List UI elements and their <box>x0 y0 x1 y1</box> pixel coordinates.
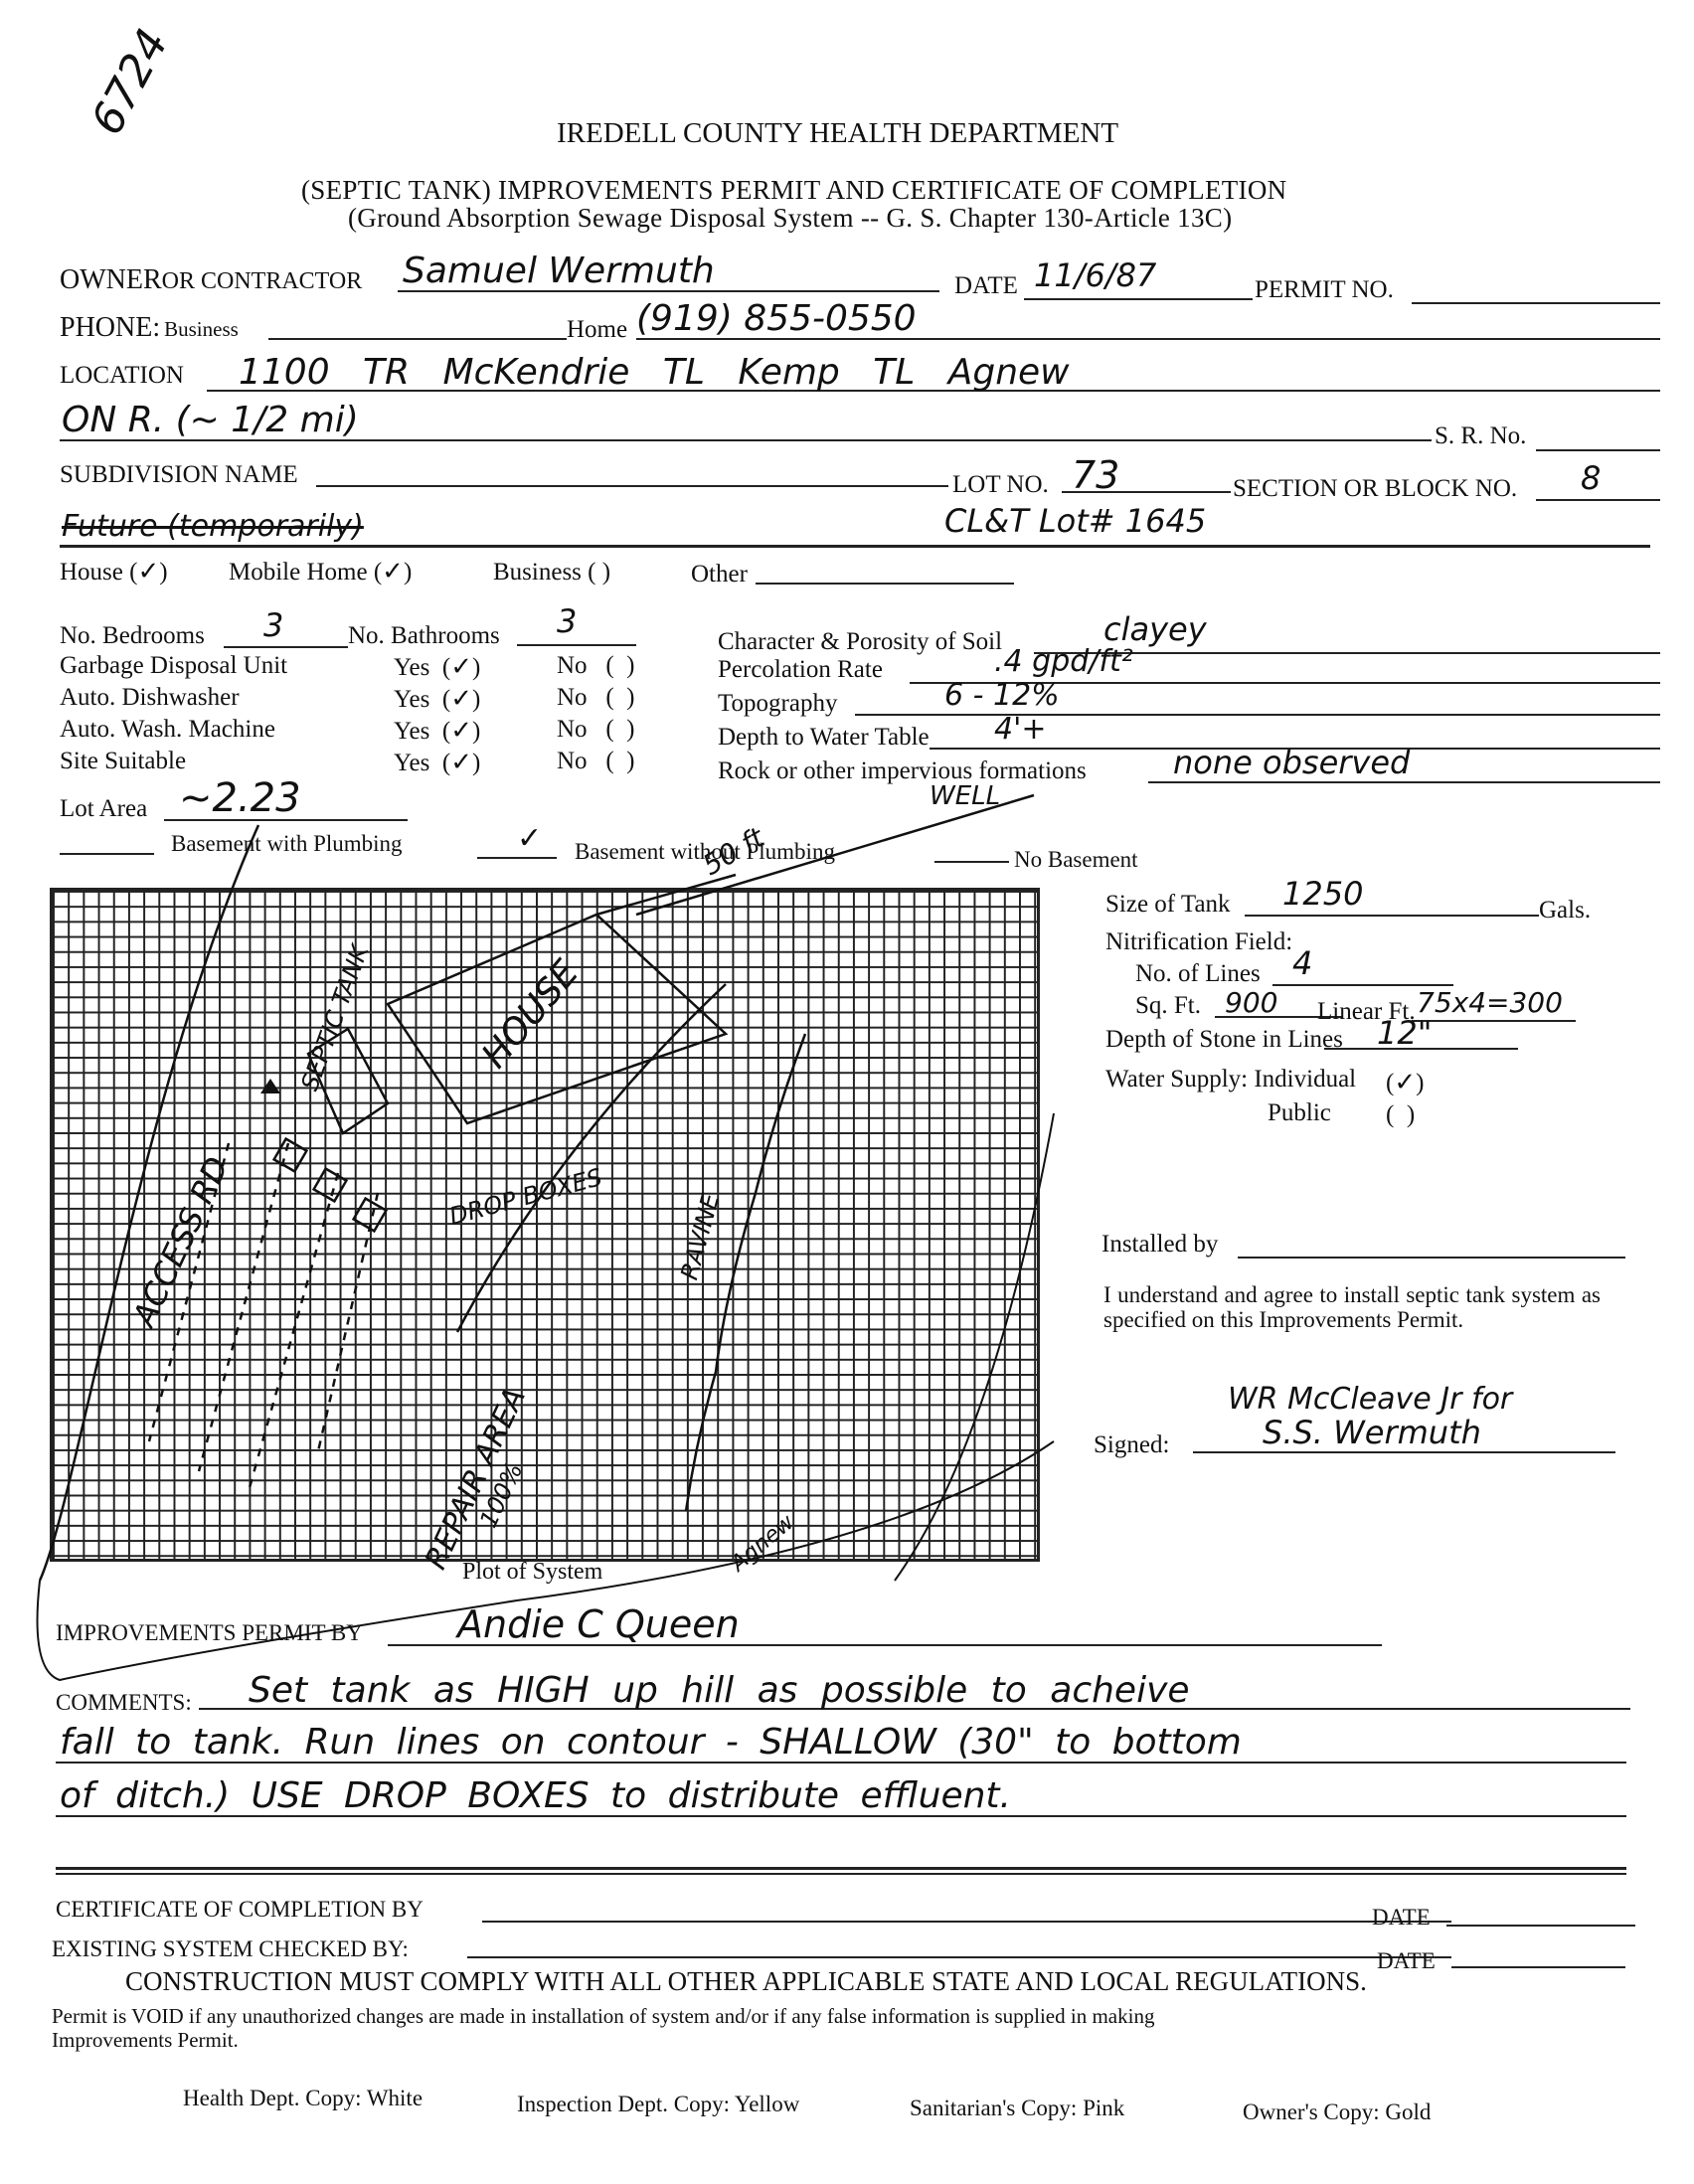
tank-size-label: Size of Tank <box>1105 891 1231 919</box>
water-public-label: Public <box>1268 1099 1331 1127</box>
stone-depth-value[interactable]: 12" <box>1377 1014 1432 1052</box>
plot-label-well: WELL <box>930 781 1000 811</box>
copy-owner: Owner's Copy: Gold <box>1243 2100 1431 2125</box>
signed-label: Signed: <box>1094 1431 1169 1459</box>
void-notice: Permit is VOID if any unauthorized chang… <box>52 2004 1154 2029</box>
tank-size-value[interactable]: 1250 <box>1282 875 1363 913</box>
comment-line-3[interactable]: of ditch.) USE DROP BOXES to distribute … <box>60 1775 1011 1816</box>
plot-drawing <box>0 0 1694 2184</box>
tank-unit-label: Gals. <box>1539 897 1591 924</box>
comment-line-1[interactable]: Set tank as HIGH up hill as possible to … <box>249 1670 1190 1711</box>
comment-line-2[interactable]: fall to tank. Run lines on contour - SHA… <box>60 1722 1242 1763</box>
sqft-label: Sq. Ft. <box>1135 992 1201 1020</box>
plot-caption: Plot of System <box>462 1559 602 1586</box>
linear-ft-value[interactable]: 75x4=300 <box>1417 986 1563 1019</box>
sqft-value[interactable]: 900 <box>1225 986 1277 1019</box>
water-supply-label: Water Supply: Individual <box>1105 1066 1356 1093</box>
copy-sanitarian: Sanitarian's Copy: Pink <box>910 2096 1124 2121</box>
existing-system-label: EXISTING SYSTEM CHECKED BY: <box>52 1936 409 1962</box>
certificate-date-label: DATE <box>1372 1905 1431 1931</box>
existing-date-label: DATE <box>1377 1948 1436 1974</box>
lines-value[interactable]: 4 <box>1292 944 1312 982</box>
water-individual-option[interactable]: (✓) <box>1386 1068 1424 1097</box>
improvements-permit-by-label: IMPROVEMENTS PERMIT BY <box>56 1620 363 1646</box>
certificate-completion-label: CERTIFICATE OF COMPLETION BY <box>56 1897 423 1923</box>
install-agreement: I understand and agree to install septic… <box>1103 1282 1601 1332</box>
compliance-notice: CONSTRUCTION MUST COMPLY WITH ALL OTHER … <box>125 1966 1367 1997</box>
improvements-permit-by-value: Andie C Queen <box>457 1602 740 1646</box>
stone-depth-label: Depth of Stone in Lines <box>1105 1026 1343 1054</box>
lines-label: No. of Lines <box>1135 960 1261 988</box>
signature-line-2[interactable]: S.S. Wermuth <box>1263 1414 1481 1451</box>
comments-label: COMMENTS: <box>56 1690 192 1716</box>
installed-by-label: Installed by <box>1101 1231 1218 1259</box>
copy-inspection-dept: Inspection Dept. Copy: Yellow <box>517 2092 799 2117</box>
copy-health-dept: Health Dept. Copy: White <box>183 2086 423 2111</box>
water-individual-check: ✓ <box>1394 1068 1416 1097</box>
void-notice-continued: Improvements Permit. <box>52 2028 239 2053</box>
signature-line-1: WR McCleave Jr for <box>1228 1382 1512 1417</box>
nitrification-label: Nitrification Field: <box>1105 928 1292 956</box>
water-public-option[interactable]: ( ) <box>1386 1101 1415 1129</box>
